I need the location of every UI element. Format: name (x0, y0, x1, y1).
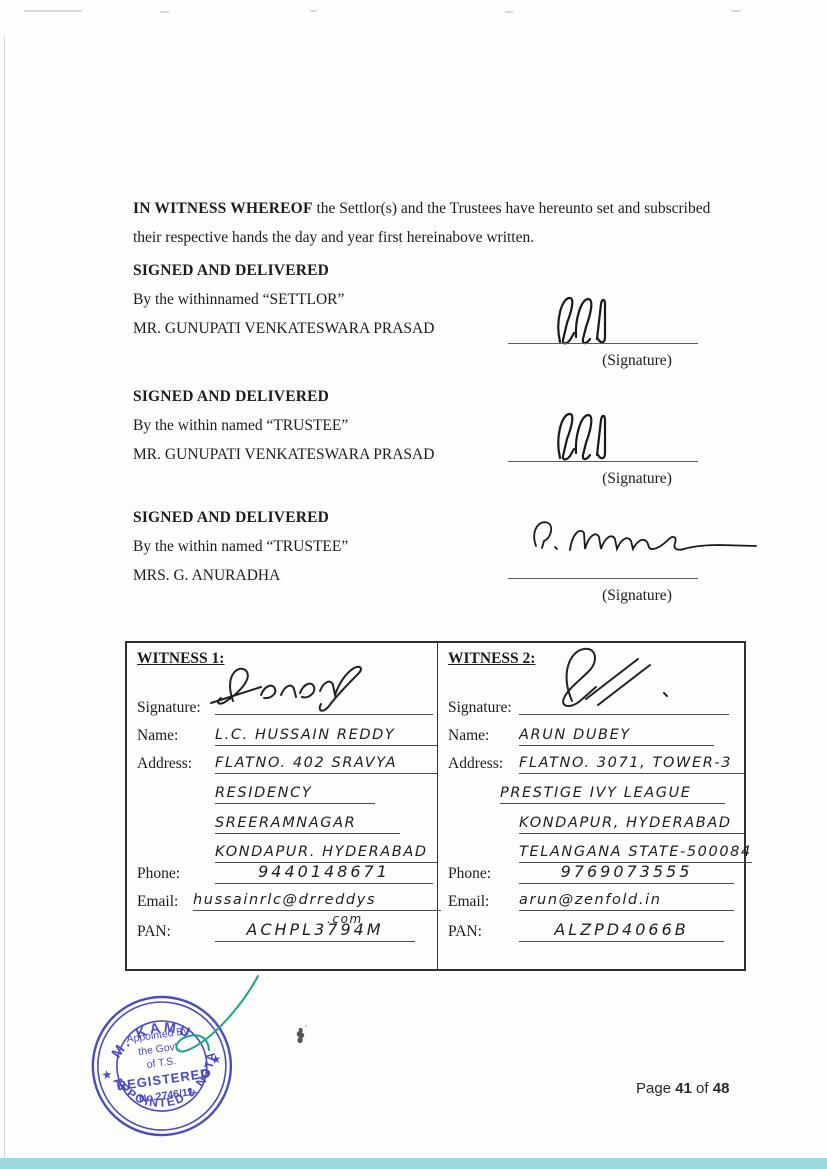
signature-label: Signature: (448, 699, 512, 717)
block-heading: SIGNED AND DELIVERED (133, 382, 434, 411)
signature-block-settlor: SIGNED AND DELIVERED By the withinnamed … (133, 256, 434, 343)
page-total: 48 (713, 1080, 730, 1097)
address-text: RESIDENCY (215, 785, 312, 801)
scan-artifact (310, 10, 317, 12)
address-text: FLATNO. 402 SRAVYA (215, 755, 397, 771)
pen-stroke-mark (150, 968, 280, 1078)
witness-pan-value: ACHPL3794M (215, 920, 415, 942)
signature-line (508, 343, 698, 344)
page-prefix: Page (636, 1080, 675, 1097)
witness-1-column: WITNESS 1: Signature: Name: L.C. HUSSAIN… (127, 643, 438, 969)
address-label: Address: (137, 755, 192, 773)
block-name: MRS. G. ANURADHA (133, 561, 348, 590)
phone-text: 9440148671 (258, 862, 390, 881)
address-line: SREERAMNAGAR (215, 813, 400, 834)
address-line: PRESTIGE IVY LEAGUE (500, 783, 725, 804)
pan-label: PAN: (448, 923, 482, 941)
block-by-line: By the within named “TRUSTEE” (133, 411, 434, 440)
pan-label: PAN: (137, 923, 171, 941)
witness-name-text: L.C. HUSSAIN REDDY (215, 727, 395, 743)
witness-phone-value: 9440148671 (215, 862, 433, 884)
trustee2-signature-scribble (524, 516, 762, 564)
settlor-signature-scribble (552, 292, 652, 348)
name-label: Name: (448, 727, 489, 745)
pan-text: ACHPL3794M (246, 920, 383, 939)
signature-caption: (Signature) (542, 587, 732, 605)
name-label: Name: (137, 727, 178, 745)
signature-block-trustee-1: SIGNED AND DELIVERED By the within named… (133, 382, 434, 469)
address-line: FLATNO. 402 SRAVYA (215, 753, 437, 774)
witness-name-value: ARUN DUBEY (519, 725, 714, 746)
pan-text: ALZPD4066B (554, 920, 688, 939)
block-heading: SIGNED AND DELIVERED (133, 256, 434, 285)
block-heading: SIGNED AND DELIVERED (133, 503, 348, 532)
phone-label: Phone: (137, 865, 180, 883)
address-line: FLATNO. 3071, TOWER-3 (519, 753, 744, 774)
witness-table: WITNESS 1: Signature: Name: L.C. HUSSAIN… (125, 641, 746, 971)
scan-artifact (160, 11, 169, 13)
signature-underline (519, 714, 729, 715)
address-text: KONDAPUR. HYDERABAD (215, 844, 428, 860)
scan-edge-line (4, 36, 5, 1158)
scan-strip-bottom (0, 1158, 827, 1169)
page-number: 41 (675, 1080, 692, 1097)
block-by-line: By the within named “TRUSTEE” (133, 532, 348, 561)
email-label: Email: (137, 893, 178, 911)
witness-2-column: WITNESS 2: Signature: Name: ARUN DUBEY A… (438, 643, 744, 969)
witness-2-header: WITNESS 2: (448, 650, 535, 668)
signature-caption: (Signature) (542, 352, 732, 370)
page-of-word: of (692, 1080, 713, 1097)
page-number-footer: Page 41 of 48 (636, 1080, 729, 1097)
witness-phone-value: 9769073555 (519, 862, 734, 884)
scan-artifact (731, 10, 741, 12)
address-text: SREERAMNAGAR (215, 815, 356, 831)
witness-email-value: hussainrlc@drreddys (193, 890, 441, 911)
ink-speck (291, 1024, 311, 1048)
address-line: TELANGANA STATE-500084 (519, 842, 752, 863)
email-text: hussainrlc@drreddys (193, 892, 376, 908)
block-by-line: By the withinnamed “SETTLOR” (133, 285, 434, 314)
witness-2-signature-scribble (538, 643, 688, 709)
email-label: Email: (448, 893, 489, 911)
signature-line (508, 461, 698, 462)
address-line: KONDAPUR, HYDERABAD (519, 813, 744, 834)
address-text: FLATNO. 3071, TOWER-3 (519, 755, 732, 771)
block-name: MR. GUNUPATI VENKATESWARA PRASAD (133, 440, 434, 469)
witness-name-text: ARUN DUBEY (519, 727, 631, 743)
block-name: MR. GUNUPATI VENKATESWARA PRASAD (133, 314, 434, 343)
signature-caption: (Signature) (542, 470, 732, 488)
witness-name-value: L.C. HUSSAIN REDDY (215, 725, 437, 746)
phone-text: 9769073555 (561, 862, 693, 881)
intro-paragraph: IN WITNESS WHEREOF the Settlor(s) and th… (133, 194, 727, 252)
phone-label: Phone: (448, 865, 491, 883)
witness-pan-value: ALZPD4066B (519, 920, 724, 942)
address-text: KONDAPUR, HYDERABAD (519, 815, 732, 831)
address-label: Address: (448, 755, 503, 773)
address-text: TELANGANA STATE-500084 (519, 844, 752, 860)
document-page: IN WITNESS WHEREOF the Settlor(s) and th… (0, 0, 827, 1169)
signature-underline (215, 714, 433, 715)
trustee1-signature-scribble (552, 408, 652, 464)
signature-block-trustee-2: SIGNED AND DELIVERED By the within named… (133, 503, 348, 590)
witness-email-value: arun@zenfold.in (519, 890, 734, 911)
address-line: RESIDENCY (215, 783, 375, 804)
scan-artifact (24, 10, 82, 12)
witness-1-signature-scribble (199, 659, 389, 713)
star-icon: ★ (101, 1067, 114, 1082)
intro-bold-text: IN WITNESS WHEREOF (133, 200, 313, 217)
address-line: KONDAPUR. HYDERABAD (215, 842, 437, 863)
email-text: arun@zenfold.in (519, 892, 662, 908)
signature-line (508, 578, 698, 579)
signature-label: Signature: (137, 699, 201, 717)
address-text: PRESTIGE IVY LEAGUE (500, 785, 692, 801)
scan-artifact (505, 11, 513, 13)
